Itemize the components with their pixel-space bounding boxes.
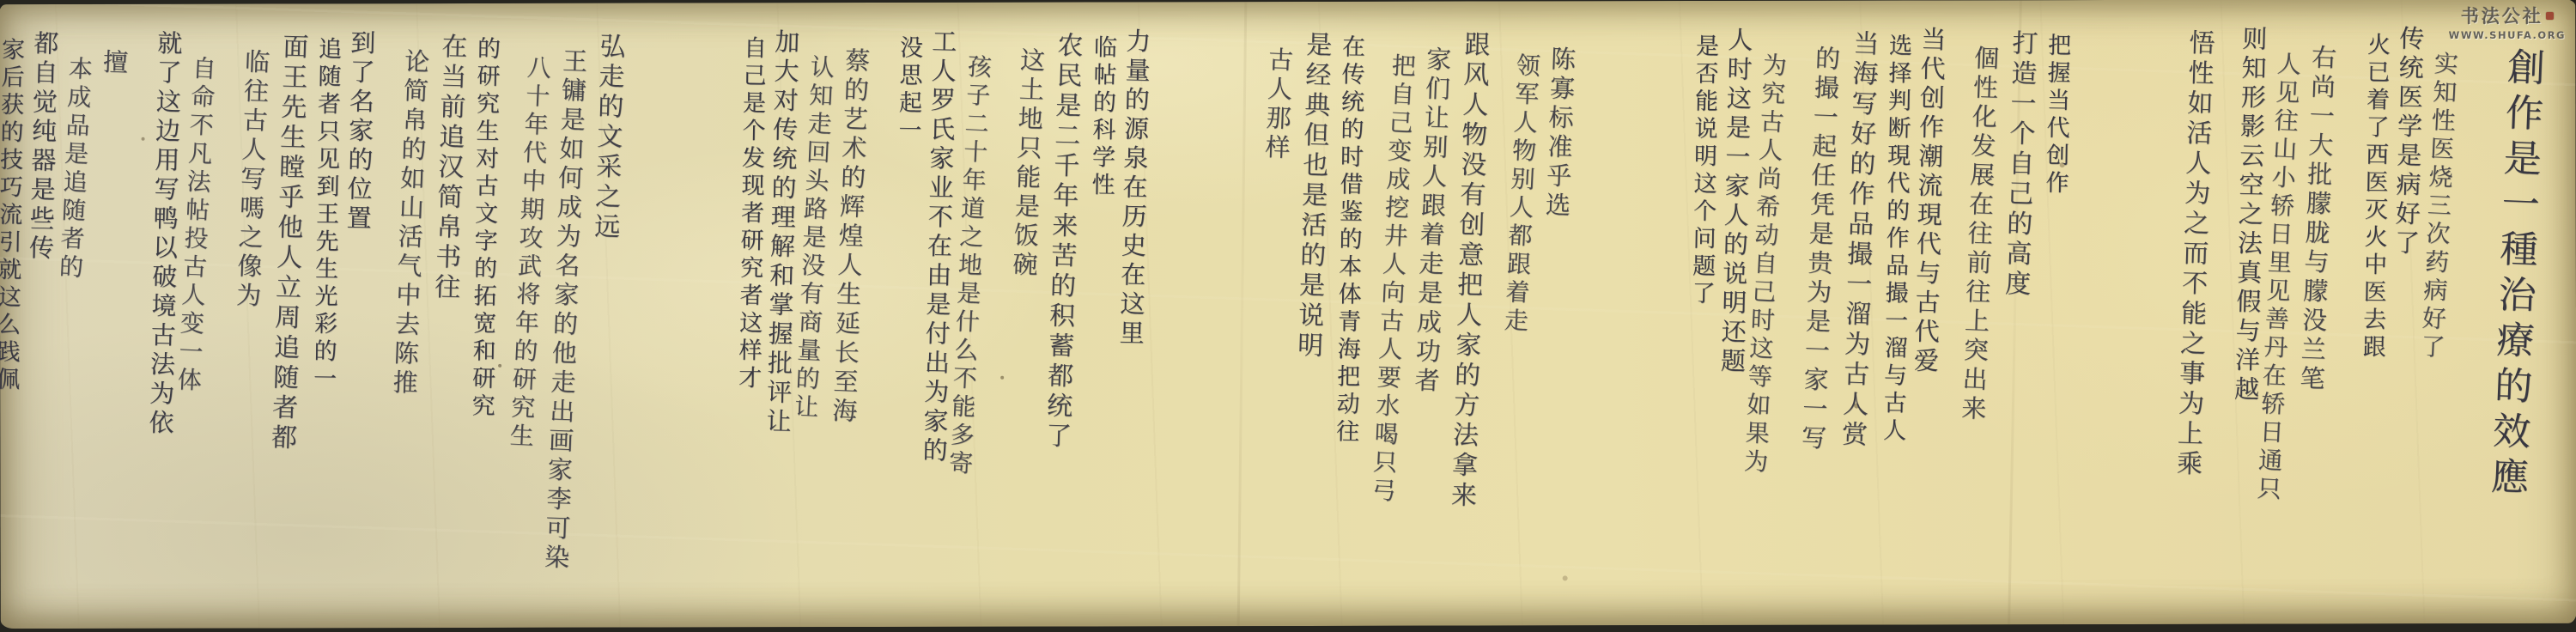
calligraphy-column: 追随者只见到王先生光彩的一 [307, 36, 341, 393]
calligraphy-column: 是经典但也是活的是说明 [1291, 30, 1332, 362]
calligraphy-column: 創作是一種治療的效應 [2482, 46, 2547, 503]
column-group: 擅本成品是追随者的都自觉纯器是些传家后获的技巧流引就这么践佩教添行必张贴到主流上… [0, 27, 131, 424]
calligraphy-column: 自己是个发现者研究者这样才 [732, 35, 765, 392]
calligraphy-column: 蔡的艺术的辉煌人生延长至海 [827, 46, 871, 427]
column-group: 当代创作潮流現代与古代爱选择判断現代的作品撮一溜与古人当海写好的作品撮一溜为古人… [1806, 22, 1947, 453]
calligraphy-column: 的研究生对古文字的拓宽和研究 [466, 36, 501, 421]
column-group: 創作是一種治療的效應 [2478, 21, 2548, 502]
column-group: 陈寡标准乎选领军人物别人都跟着走 [1507, 23, 1577, 336]
column-group: 实知性医烧三次药病好了传统医学是病好了火已着了西医灭火中医去跟 [2356, 21, 2460, 362]
calligraphy-column: 是否能说明这个问题了 [1686, 33, 1718, 308]
column-group: 到了名家的位置追随者只见到王先生光彩的一面王先生瞠乎他人立周追随者都临往古人写嗎… [236, 26, 378, 453]
calligraphy-column: 擅 [98, 48, 130, 78]
paper-scroll: 創作是一種治療的效應实知性医烧三次药病好了传统医学是病好了火已着了西医灭火中医去… [0, 0, 2576, 629]
calligraphy-column: 右尚一大批朦胧与朦没兰笔 [2295, 44, 2338, 395]
calligraphy-column: 陈寡标准乎选 [1540, 46, 1577, 222]
calligraphy-column: 当代创作潮流現代与古代爱 [1909, 26, 1947, 377]
calligraphy-column: 悟性如活人为之而不能之事为上乘 [2170, 28, 2215, 480]
column-group: 孩子二十年道之地是什么不能多寄工人罗氏家业不在由是付出为家的没思起一 [890, 25, 994, 479]
calligraphy-column: 本成品是追随者的 [54, 55, 94, 283]
seal-icon [2546, 12, 2554, 20]
watermark: 书法公社 WWW.SHUFA.ORG [2449, 3, 2566, 41]
calligraphy-column: 论简帛的如山活气中去陈推 [387, 47, 430, 398]
column-group: 在传统的时借鉴的本体青海把动往是经典但也是活的是说明古人那样 [1259, 24, 1365, 447]
column-group: 右尚一大批朦胧与朦没兰笔人见往山小轿日里见善丹在轿日通只则知形影云空之法真假与洋… [2233, 21, 2339, 504]
calligraphy-column: 到了名家的位置 [342, 29, 377, 234]
calligraphy-column: 把握当代创作 [2040, 33, 2071, 197]
calligraphy-column: 当海写好的作品撮一溜为古人赏 [1834, 29, 1878, 451]
watermark-logo-row: 书法公社 [2449, 3, 2566, 28]
calligraphy-column: 把自己变成挖井人向古人要水喝只弓 [1367, 52, 1418, 507]
calligraphy-column: 农民是二千年来苦的积蓄都统了 [1039, 31, 1083, 453]
calligraphy-column: 力量的源泉在历史在这里 [1115, 27, 1152, 349]
column-group: 的研究生对古文字的拓宽和研究在当前追汉简帛书往论简帛的如山活气中去陈推 [395, 26, 501, 421]
column-group: 弘走的文采之远王镛是如何成为名家的他走出画家李可染八十年代中期攻武将年的研究生 [519, 26, 626, 574]
column-group: 把握当代创作打造一个自己的高度個性化发展在往前往上突出来 [1965, 22, 2072, 424]
column-group: 悟性如活人为之而不能之事为上乘 [2178, 22, 2216, 480]
calligraphy-column: 的撮一起任凭是贵为是一家一写 [1796, 45, 1842, 454]
calligraphy-column: 都自觉纯器是些传 [24, 30, 59, 264]
calligraphy-column: 家们让别人跟着走是成功者 [1410, 46, 1453, 397]
calligraphy-column: 個性化发展在往前往上突出来 [1957, 45, 2001, 425]
calligraphy-column: 这土地只能是饭碗 [1007, 46, 1046, 281]
calligraphy-column: 在当前追汉简帛书往 [428, 33, 467, 304]
column-group: 蔡的艺术的辉煌人生延长至海认知走回头路是没有商量的让加大对传统的理解和掌握批评让… [732, 25, 872, 437]
column-group: 为究古人尚希动自己时这等如果为人时这是一家人的说明还题是否能说明这个问题了 [1685, 23, 1789, 477]
calligraphy-column: 领军人物别人都跟着走 [1499, 52, 1542, 337]
calligraphy-column: 没思起一 [893, 35, 923, 145]
calligraphy-column: 跟风人物没有创意把人家的方法拿来 [1443, 30, 1489, 512]
column-group: 跟风人物没有创意把人家的方法拿来家们让别人跟着走是成功者把自己变成挖井人向古人要… [1382, 24, 1490, 512]
calligraphy-column: 火已着了西医灭火中医去跟 [2356, 32, 2390, 362]
column-group: 自命不凡法帖投古人变一体就了这边用写鸭以破境古法为依 [148, 27, 219, 439]
calligraphy-column: 临帖的科学性 [1085, 34, 1116, 199]
watermark-url: WWW.SHUFA.ORG [2449, 29, 2566, 41]
calligraphy-column: 选择判断現代的作品撮一溜与古人 [1877, 33, 1911, 445]
calligraphy-column: 传统医学是病好了 [2390, 25, 2425, 259]
calligraphy-column: 在传统的时借鉴的本体青海把动往 [1330, 34, 1364, 447]
calligraphy-column: 家后获的技巧流引就这么践佩 [0, 37, 24, 394]
calligraphy-column: 临往古人写嗎之像为 [231, 48, 270, 312]
calligraphy-column: 古人那样 [1261, 46, 1295, 163]
calligraphy-column: 打造一个自己的高度 [1998, 29, 2038, 301]
shufa-seal-logo: 书法公社 [2461, 3, 2543, 28]
columns-area: 創作是一種治療的效應实知性医烧三次药病好了传统医学是病好了火已着了西医灭火中医去… [0, 0, 2576, 629]
calligraphy-column: 弘走的文采之远 [587, 32, 625, 243]
calligraphy-column: 面王先生瞠乎他人立周追随者都 [264, 33, 308, 454]
column-group: 力量的源泉在历史在这里临帖的科学性农民是二千年来苦的积蓄都统了这土地只能是饭碗 [1011, 24, 1152, 452]
